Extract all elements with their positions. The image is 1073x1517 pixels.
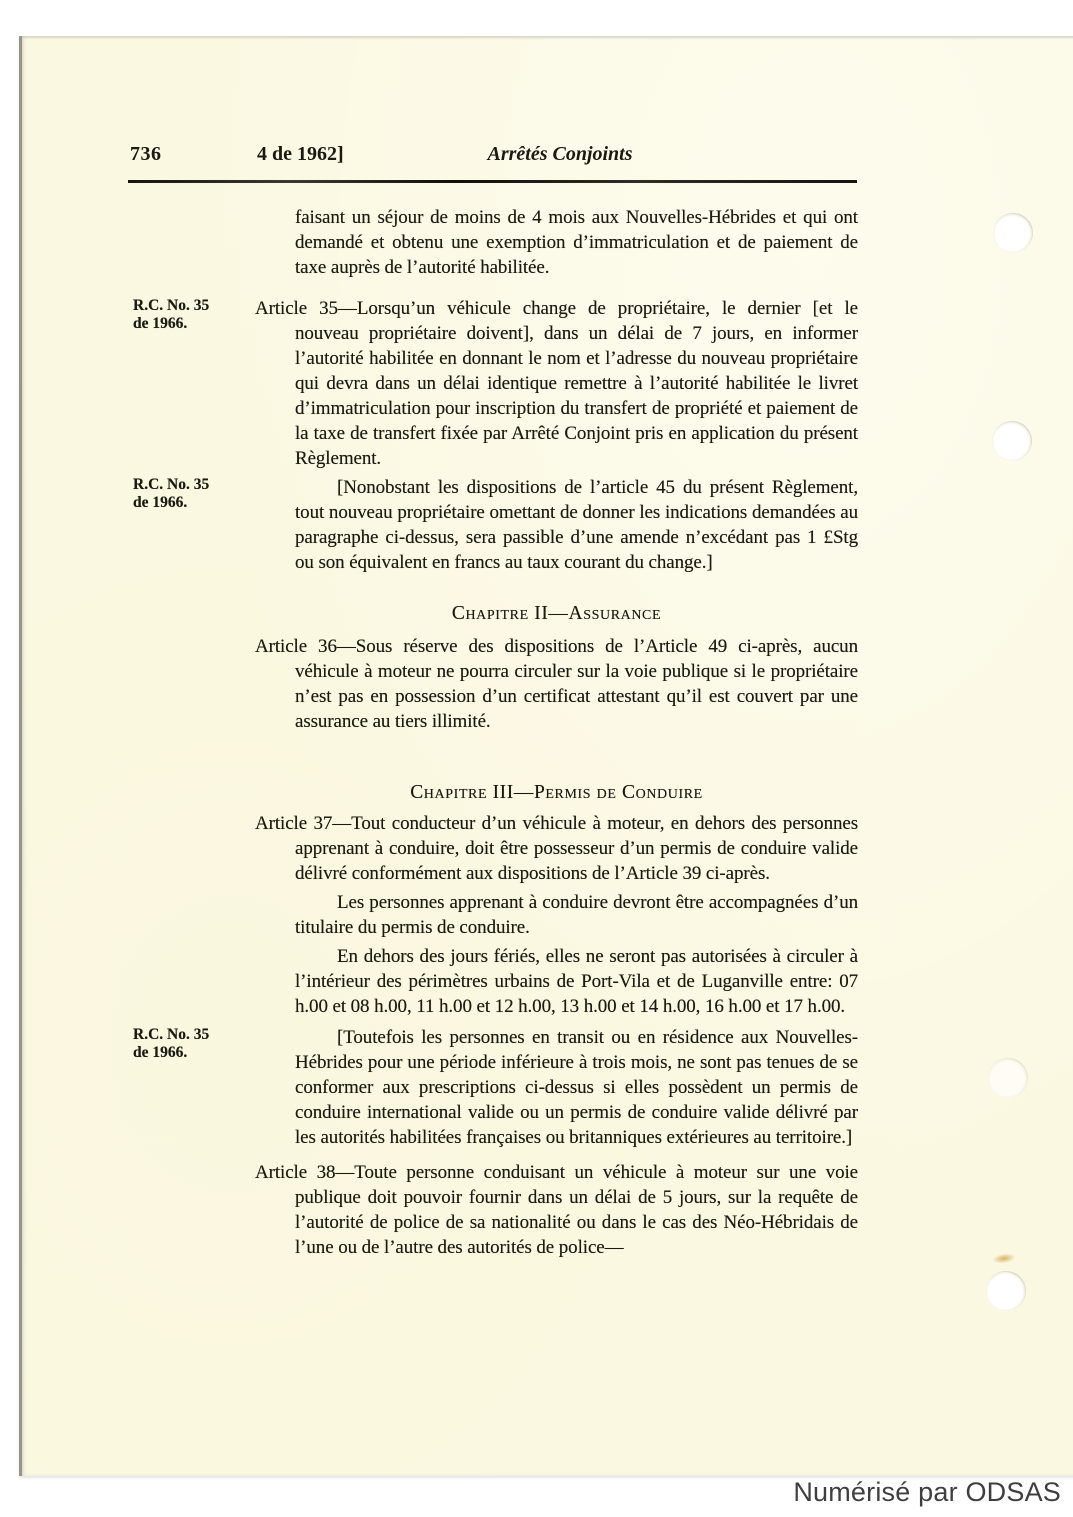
punch-hole-4 <box>986 1271 1026 1311</box>
margin-note-1: R.C. No. 35 de 1966. <box>133 297 245 333</box>
article-37-learners-paragraph: Les personnes apprenant à conduire devro… <box>255 890 858 940</box>
margin-note-line: de 1966. <box>133 494 245 512</box>
page-number: 736 <box>130 143 162 166</box>
article-38-paragraph: Article 38—Toute personne conduisant un … <box>255 1160 858 1260</box>
punch-hole-2 <box>992 421 1032 461</box>
header-rule <box>128 180 857 183</box>
article-35-amendment-text: [Nonobstant les dispositions de l’articl… <box>295 477 858 573</box>
body-column: faisant un séjour de moins de 4 mois aux… <box>255 205 858 1260</box>
margin-note-2: R.C. No. 35 de 1966. <box>133 476 245 512</box>
article-37-amendment-text: [Toutefois les personnes en transit ou e… <box>295 1027 858 1148</box>
scan-credit: Numérisé par ODSAS <box>793 1477 1061 1508</box>
issue-reference: 4 de 1962] <box>257 143 344 166</box>
article-35-amendment-paragraph: R.C. No. 35 de 1966. [Nonobstant les dis… <box>255 475 858 575</box>
article-35-paragraph: R.C. No. 35 de 1966. Article 35—Lorsqu’u… <box>255 296 858 471</box>
margin-note-line: R.C. No. 35 <box>133 297 245 315</box>
article-36-paragraph: Article 36—Sous réserve des dispositions… <box>255 634 858 734</box>
paragraph-continuation: faisant un séjour de moins de 4 mois aux… <box>255 205 858 280</box>
margin-note-line: R.C. No. 35 <box>133 1026 245 1044</box>
margin-note-line: R.C. No. 35 <box>133 476 245 494</box>
article-37-paragraph: Article 37—Tout conducteur d’un véhicule… <box>255 811 858 886</box>
article-35-text: Article 35—Lorsqu’un véhicule change de … <box>255 298 858 469</box>
punch-hole-3 <box>988 1058 1028 1098</box>
running-title: Arrêtés Conjoints <box>487 143 632 166</box>
chapter-3-heading: Chapitre III—Permis de Conduire <box>255 780 858 805</box>
margin-note-3: R.C. No. 35 de 1966. <box>133 1026 245 1062</box>
article-37-amendment-paragraph: R.C. No. 35 de 1966. [Toutefois les pers… <box>255 1025 858 1150</box>
article-37-hours-paragraph: En dehors des jours fériés, elles ne ser… <box>255 944 858 1019</box>
punch-hole-1 <box>993 213 1033 253</box>
margin-note-line: de 1966. <box>133 1044 245 1062</box>
chapter-2-heading: Chapitre II—Assurance <box>255 601 858 626</box>
margin-note-line: de 1966. <box>133 315 245 333</box>
